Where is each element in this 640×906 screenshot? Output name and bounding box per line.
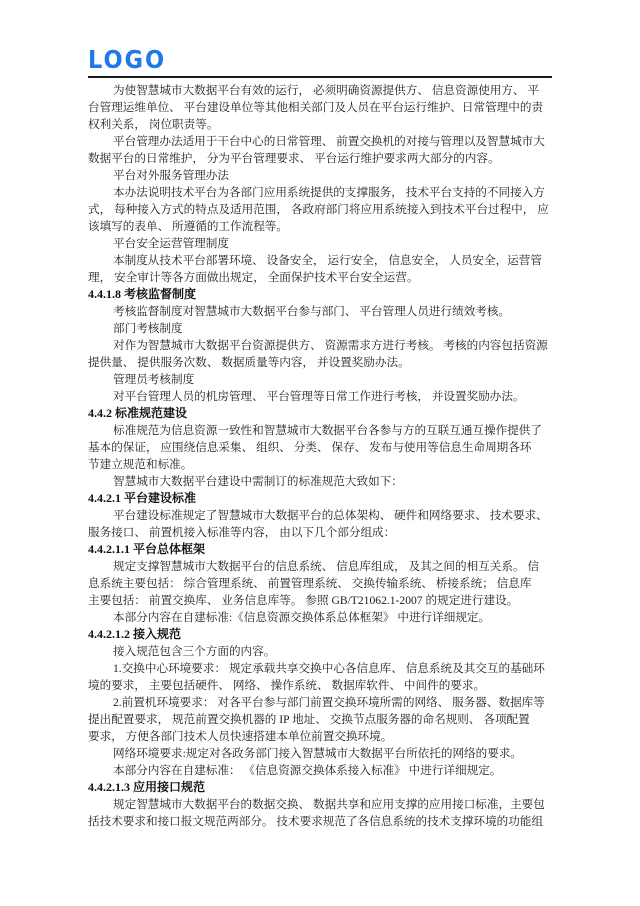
page-header: LOGO bbox=[0, 0, 640, 78]
document-line: 网络环境要求:规定对各政务部门接入智慧城市大数据平台所依托的网络的要求。 bbox=[88, 745, 552, 762]
document-line: 境的要求， 主要包括硬件、 网络、 操作系统、 数据库软件、 中间件的要求。 bbox=[88, 677, 552, 694]
document-line: 节建立规范和标准。 bbox=[88, 456, 552, 473]
document-body: 为使智慧城市大数据平台有效的运行， 必须明确资源提供方、 信息资源使用方、 平台… bbox=[0, 82, 640, 830]
document-line: 本办法说明技术平台为各部门应用系统提供的支撑服务， 技术平台支持的不同接入方 bbox=[88, 184, 552, 201]
document-line: 平台管理办法适用于干台中心的日常管理、 前置交换机的对接与管理以及智慧城市大 bbox=[88, 133, 552, 150]
document-line: 平台建设标准规定了智慧城市大数据平台的总体架构、 硬件和网络要求、 技术要求、 bbox=[88, 507, 552, 524]
document-line: 规定智慧城市大数据平台的数据交换、 数据共享和应用支撑的应用接口标准，主要包 bbox=[88, 796, 552, 813]
document-line: 基本的保证， 应围绕信息采集、 组织、 分类、 保存、 发布与使用等信息生命周期… bbox=[88, 439, 552, 456]
document-line: 接入规范包含三个方面的内容。 bbox=[88, 643, 552, 660]
document-line: 考核监督制度对智慧城市大数据平台参与部门、 平台管理人员进行绩效考核。 bbox=[88, 303, 552, 320]
document-line: 部门考核制度 bbox=[88, 320, 552, 337]
document-line: 平台对外服务管理办法 bbox=[88, 167, 552, 184]
document-line: 服务接口、 前置机接入标准等内容， 由以下几个部分组成： bbox=[88, 524, 552, 541]
document-line: 对作为智慧城市大数据平台资源提供方、 资源需求方进行考核。 考核的内容包括资源 bbox=[88, 337, 552, 354]
document-line: 台管理运维单位、 平台建设单位等其他相关部门及人员在平台运行维护、日常管理中的责 bbox=[88, 99, 552, 116]
document-line: 1.交换中心环境要求： 规定承载共享交换中心各信息库、 信息系统及其交互的基础环 bbox=[88, 660, 552, 677]
document-line: 要求， 方便各部门技术人员快速搭建本单位前置交换环境。 bbox=[88, 728, 552, 745]
document-line: 本部分内容在自建标准： 《信息资源交换体系接入标准》 中进行详细规定。 bbox=[88, 762, 552, 779]
document-line: 2.前置机环境要求： 对各平台参与部门前置交换环境所需的网络、 服务器、数据库等 bbox=[88, 694, 552, 711]
logo: LOGO bbox=[88, 46, 166, 74]
document-line: 管理员考核制度 bbox=[88, 371, 552, 388]
document-line: 本部分内容在自建标准:《信息资源交换体系总体框架》 中进行详细规定。 bbox=[88, 609, 552, 626]
document-heading: 4.4.2.1.2 接入规范 bbox=[88, 626, 552, 643]
document-line: 数据平台的日常维护， 分为平台管理要求、 平台运行维护要求两大部分的内容。 bbox=[88, 150, 552, 167]
document-heading: 4.4.2.1.3 应用接口规范 bbox=[88, 779, 552, 796]
document-heading: 4.4.1.8 考核监督制度 bbox=[88, 286, 552, 303]
document-line: 括技术要求和接口报文规范两部分。 技术要求规范了各信息系统的技术支撑环境的功能组 bbox=[88, 813, 552, 830]
document-line: 权利关系， 岗位职责等。 bbox=[88, 116, 552, 133]
document-line: 智慧城市大数据平台建设中需制订的标准规范大致如下： bbox=[88, 473, 552, 490]
document-heading: 4.4.2.1 平台建设标准 bbox=[88, 490, 552, 507]
document-line: 提供量、 提供服务次数、 数据质量等内容， 并设置奖励办法。 bbox=[88, 354, 552, 371]
document-page: LOGO 为使智慧城市大数据平台有效的运行， 必须明确资源提供方、 信息资源使用… bbox=[0, 0, 640, 906]
document-line: 标准规范为信息资源一致性和智慧城市大数据平台各参与方的互联互通互操作提供了 bbox=[88, 422, 552, 439]
document-line: 息系统主要包括： 综合管理系统、 前置管理系统、 交换传输系统、 桥接系统； 信… bbox=[88, 575, 552, 592]
document-line: 提出配置要求， 规范前置交换机器的 IP 地址、 交换节点服务器的命名规则、 各… bbox=[88, 711, 552, 728]
document-line: 对平台管理人员的机房管理、 平台管理等日常工作进行考核， 并设置奖励办法。 bbox=[88, 388, 552, 405]
document-line: 为使智慧城市大数据平台有效的运行， 必须明确资源提供方、 信息资源使用方、 平 bbox=[88, 82, 552, 99]
document-line: 规定支撑智慧城市大数据平台的信息系统、 信息库组成， 及其之间的相互关系。 信 bbox=[88, 558, 552, 575]
document-line: 主要包括： 前置交换库、 业务信息库等。 参照 GB/T21062.1-2007… bbox=[88, 592, 552, 609]
document-line: 式， 每种接入方式的特点及适用范围， 各政府部门将应用系统接入到技术平台过程中，… bbox=[88, 201, 552, 218]
document-heading: 4.4.2 标准规范建设 bbox=[88, 405, 552, 422]
header-rule bbox=[88, 76, 552, 78]
document-heading: 4.4.2.1.1 平台总体框架 bbox=[88, 541, 552, 558]
document-line: 理， 安全审计等各方面做出规定， 全面保护技术平台安全运营。 bbox=[88, 269, 552, 286]
document-line: 本制度从技术平台部署环境、 设备安全， 运行安全， 信息安全， 人员安全，运营管 bbox=[88, 252, 552, 269]
document-line: 该填写的表单、 所遵循的工作流程等。 bbox=[88, 218, 552, 235]
document-line: 平台安全运营管理制度 bbox=[88, 235, 552, 252]
